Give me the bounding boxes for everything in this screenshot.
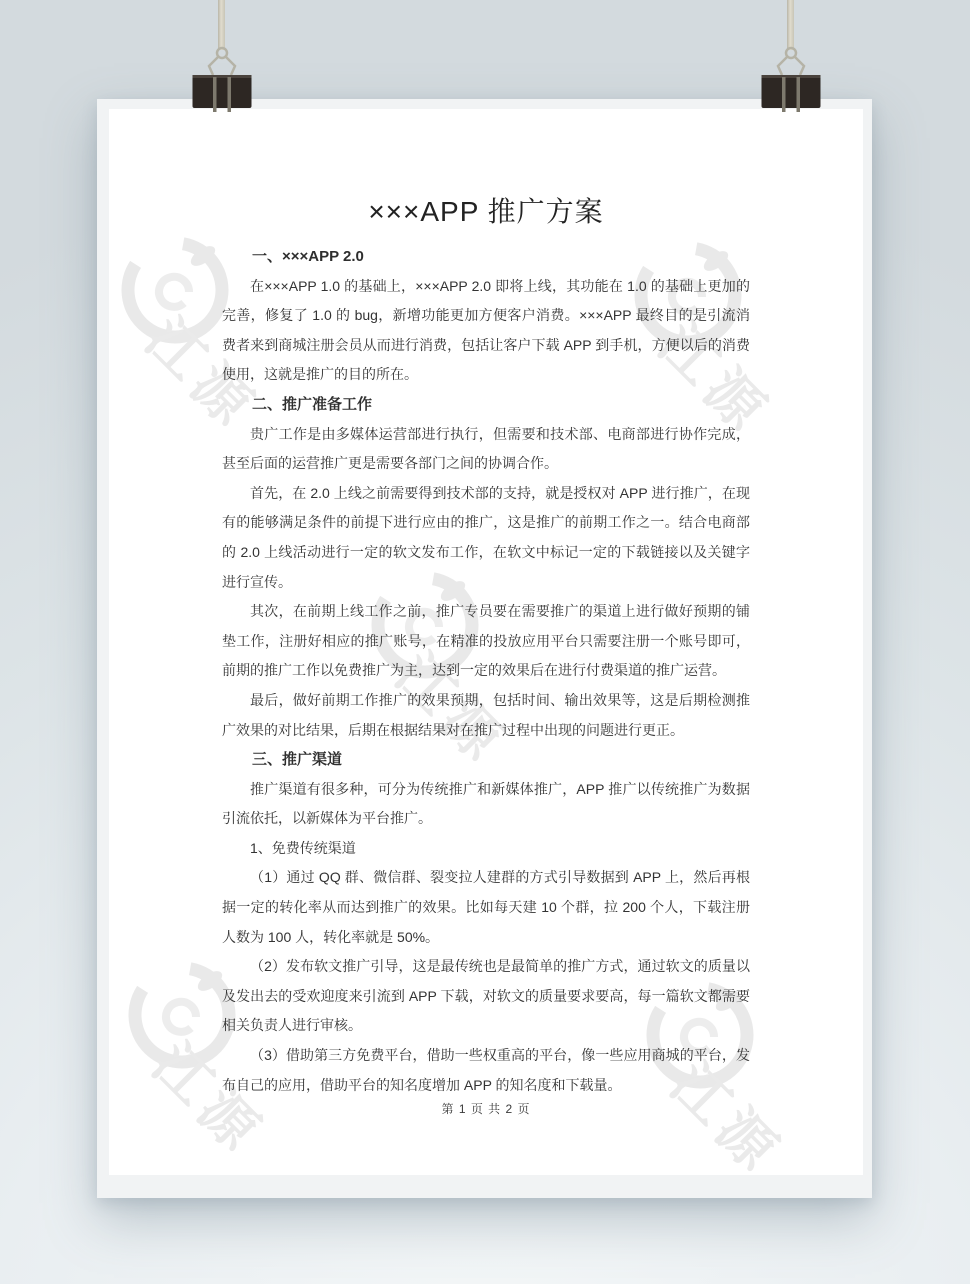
paragraph: 最后，做好前期工作推广的效果预期，包括时间、输出效果等，这是后期检测推广效果的对…: [222, 686, 750, 745]
binder-clip-right-icon: [756, 44, 826, 116]
sub-heading: 1、免费传统渠道: [222, 834, 750, 864]
hanging-string-left: [218, 0, 225, 50]
binder-clip-left-icon: [187, 44, 257, 116]
list-paragraph: （1）通过 QQ 群、微信群、裂变拉人建群的方式引导数据到 APP 上，然后再根…: [222, 863, 750, 952]
paper-sheet: 江源 江源 江源: [109, 109, 863, 1175]
list-paragraph: （3）借助第三方免费平台，借助一些权重高的平台，像一些应用商城的平台，发布自己的…: [222, 1041, 750, 1100]
page-footer: 第 1 页 共 2 页: [109, 1099, 863, 1119]
paragraph: 其次，在前期上线工作之前，推广专员要在需要推广的渠道上进行做好预期的铺垫工作，注…: [222, 597, 750, 686]
hanging-string-right: [787, 0, 794, 50]
paper-sheet-back: 江源 江源 江源: [97, 99, 872, 1198]
doc-title: ×××APP 推广方案: [222, 190, 750, 234]
brand-logo-watermark-icon: [115, 230, 235, 350]
section-heading-1: 一、×××APP 2.0: [222, 242, 750, 272]
section-heading-3: 三、推广渠道: [222, 745, 750, 775]
backdrop: 江源 江源 江源: [0, 0, 970, 1284]
document-body: ×××APP 推广方案 一、×××APP 2.0 在×××APP 1.0 的基础…: [222, 190, 750, 1100]
paragraph: 在×××APP 1.0 的基础上，×××APP 2.0 即将上线，其功能在 1.…: [222, 272, 750, 390]
paragraph: 首先，在 2.0 上线之前需要得到技术部的支持，就是授权对 APP 进行推广，在…: [222, 479, 750, 597]
paragraph: 贵广工作是由多媒体运营部进行执行，但需要和技术部、电商部进行协作完成，甚至后面的…: [222, 420, 750, 479]
list-paragraph: （2）发布软文推广引导，这是最传统也是最简单的推广方式，通过软文的质量以及发出去…: [222, 952, 750, 1041]
paragraph: 推广渠道有很多种，可分为传统推广和新媒体推广，APP 推广以传统推广为数据引流依…: [222, 775, 750, 834]
section-heading-2: 二、推广准备工作: [222, 390, 750, 420]
